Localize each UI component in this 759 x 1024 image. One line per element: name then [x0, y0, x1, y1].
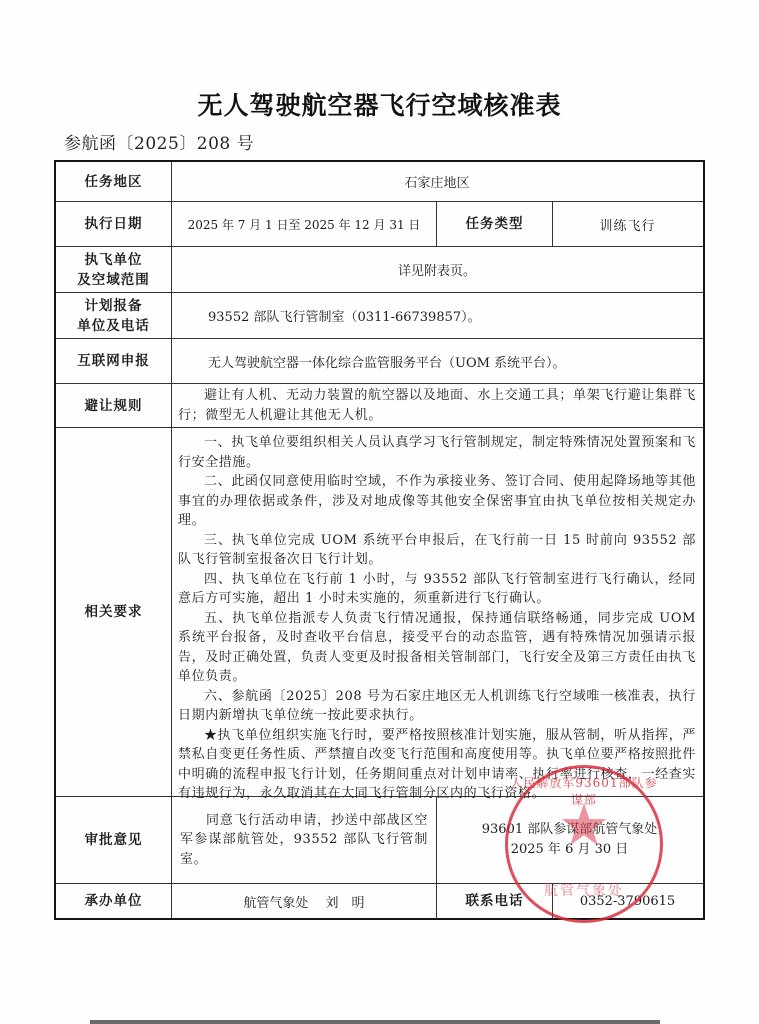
avoid-rules-text: 避让有人机、无动力装置的航空器以及地面、水上交通工具；单架飞行避让集群飞行；微型…	[178, 386, 696, 425]
label-internet-report: 互联网申报	[56, 339, 171, 383]
value-task-type: 训练飞行	[553, 202, 702, 246]
approval-date: 2025 年 6 月 30 日	[511, 840, 629, 860]
label-plan-report-line2: 单位及电话	[77, 316, 150, 336]
approval-issuer: 93601 部队参谋部航管气象处	[482, 820, 658, 840]
requirement-item: 五、执飞单位指派专人负责飞行情况通报，保持通信联络畅通，同步完成 UOM 系统平…	[178, 609, 696, 687]
approval-opinion: 同意飞行活动申请，抄送中部战区空军参谋部航管处，93552 部队飞行管制室。	[172, 797, 436, 883]
label-plan-report-line1: 计划报备	[85, 296, 143, 316]
value-internet-report: 无人驾驶航空器一体化综合监管服务平台（UOM 系统平台）。	[172, 339, 702, 383]
label-handler: 承办单位	[56, 884, 171, 918]
label-exec-date: 执行日期	[56, 202, 171, 246]
requirement-item: 二、此函仅同意使用临时空域，不作为承接业务、签订合同、使用起降场地等其他事宜的办…	[178, 472, 696, 531]
requirement-item: ★执飞单位组织实施飞行时，要严格按照核准计划实施，服从管制，听从指挥，严禁私自变…	[178, 726, 696, 804]
requirement-item: 四、执飞单位在飞行前 1 小时，与 93552 部队飞行管制室进行飞行确认，经同…	[178, 570, 696, 609]
approval-issuer-block: 93601 部队参谋部航管气象处 2025 年 6 月 30 日	[437, 797, 702, 883]
value-contact-phone: 0352-3790615	[553, 884, 702, 918]
label-approval: 审批意见	[56, 797, 171, 883]
label-contact-phone: 联系电话	[437, 884, 552, 918]
value-unit-scope: 详见附表页。	[172, 247, 702, 292]
requirement-item: 六、参航函〔2025〕208 号为石家庄地区无人机训练飞行空域唯一核准表，执行日…	[178, 687, 696, 726]
value-handler: 航管气象处 刘 明	[172, 884, 436, 918]
label-requirements: 相关要求	[56, 428, 171, 796]
label-task-type: 任务类型	[437, 202, 552, 246]
value-avoid-rules: 避让有人机、无动力装置的航空器以及地面、水上交通工具；单架飞行避让集群飞行；微型…	[172, 384, 702, 427]
document-number: 参航函〔2025〕208 号	[64, 129, 254, 154]
requirements-list: 一、执飞单位要组织相关人员认真学习飞行管制规定，制定特殊情况处置预案和飞行安全措…	[172, 428, 702, 796]
value-task-area: 石家庄地区	[172, 162, 702, 201]
label-unit-scope: 执飞单位 及空域范围	[56, 247, 171, 292]
requirement-item: 三、执飞单位完成 UOM 系统平台申报后，在飞行前一日 15 时前向 93552…	[178, 531, 696, 570]
page-edge-shadow	[90, 1020, 660, 1024]
label-plan-report: 计划报备 单位及电话	[56, 293, 171, 338]
value-plan-report: 93552 部队飞行管制室（0311-66739857）。	[172, 293, 702, 338]
requirement-item: 一、执飞单位要组织相关人员认真学习飞行管制规定，制定特殊情况处置预案和飞行安全措…	[178, 433, 696, 472]
document-title: 无人驾驶航空器飞行空域核准表	[0, 86, 759, 122]
label-task-area: 任务地区	[56, 162, 171, 201]
approval-form-table: 任务地区 石家庄地区 执行日期 2025 年 7 月 1 日至 2025 年 1…	[54, 160, 705, 920]
value-exec-date: 2025 年 7 月 1 日至 2025 年 12 月 31 日	[172, 202, 436, 246]
label-unit-scope-line2: 及空域范围	[77, 270, 150, 290]
label-unit-scope-line1: 执飞单位	[85, 250, 143, 270]
approval-opinion-text: 同意飞行活动申请，抄送中部战区空军参谋部航管处，93552 部队飞行管制室。	[180, 811, 428, 870]
label-avoid-rules: 避让规则	[56, 384, 171, 427]
